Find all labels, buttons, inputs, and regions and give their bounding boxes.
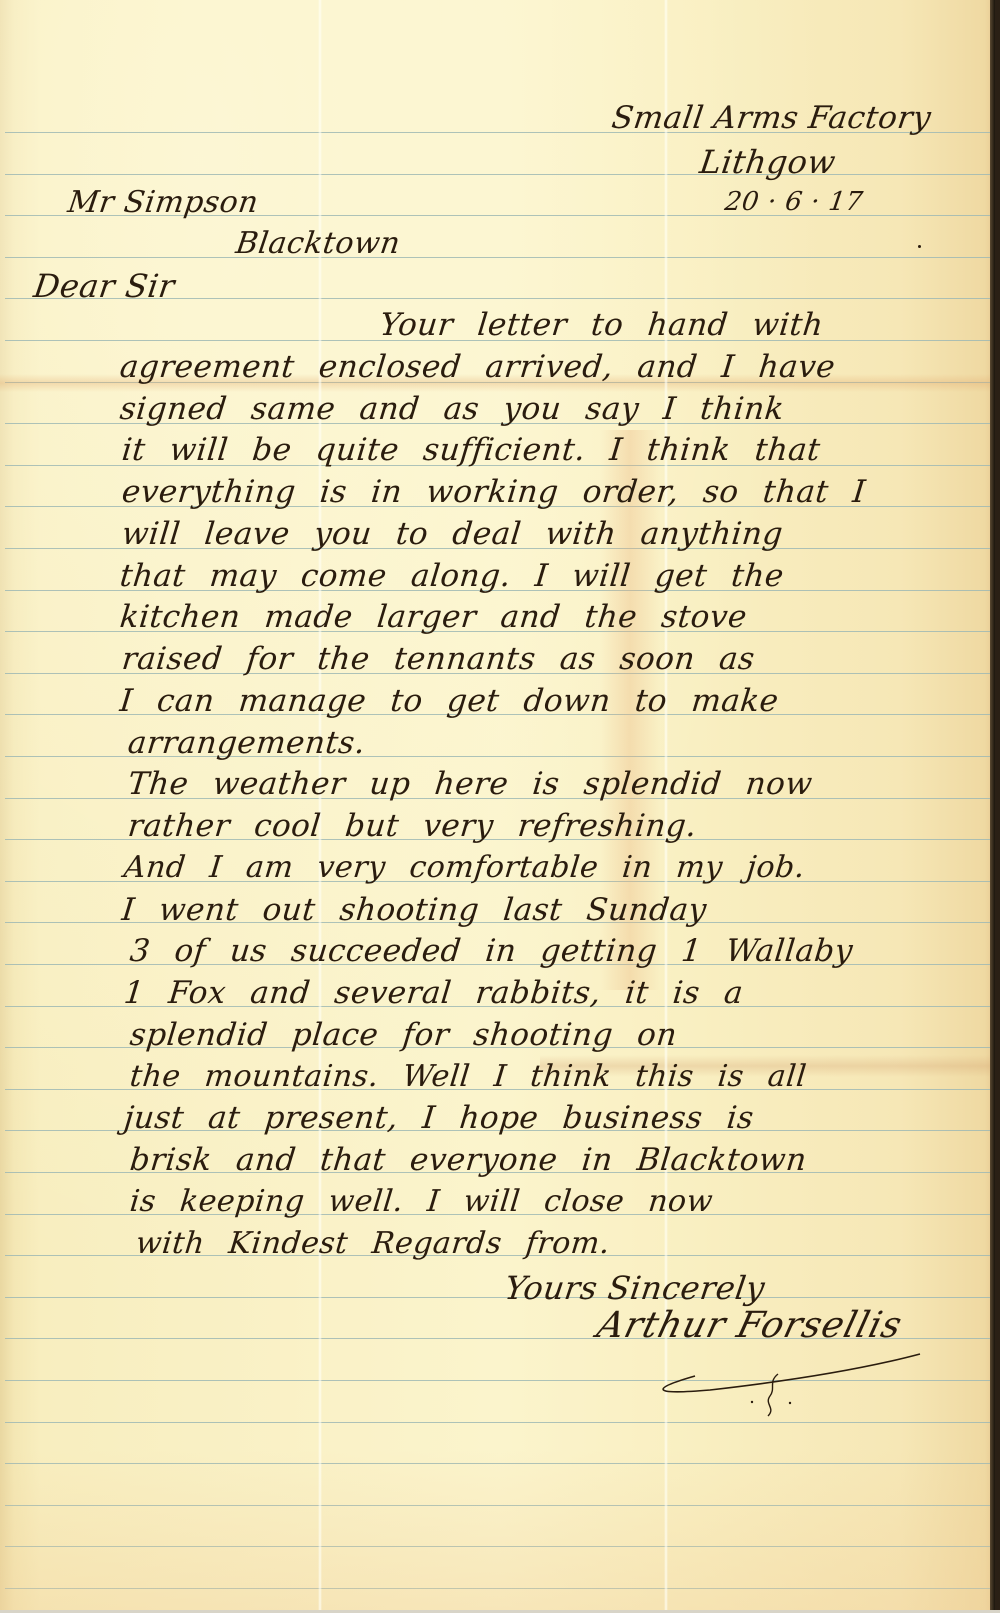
body-line: rather cool but very refreshing.: [126, 811, 698, 842]
letter-page: Small Arms Factory Lithgow 20 · 6 · 17 M…: [0, 0, 995, 1610]
ruled-line: [5, 1546, 995, 1547]
body-line: Your letter to hand with: [378, 310, 824, 341]
closing: Yours Sincerely: [503, 1272, 767, 1304]
body-line: that may come along. I will get the: [118, 561, 785, 592]
body-line: is keeping well. I will close now: [128, 1187, 714, 1217]
body-line: it will be quite sufficient. I think tha…: [120, 435, 821, 466]
ruled-line: [5, 1505, 995, 1506]
body-line: And I am very comfortable in my job.: [122, 853, 806, 883]
body-line: signed same and as you say I think: [118, 394, 785, 425]
body-line: 3 of us succeeded in getting 1 Wallaby: [128, 936, 854, 967]
fold-line-right: [664, 0, 668, 1610]
body-line: will leave you to deal with anything: [120, 519, 784, 550]
body-line: agreement enclosed arrived, and I have: [118, 352, 836, 383]
body-line: the mountains. Well I think this is all: [128, 1062, 808, 1092]
scan-edge: [990, 0, 995, 1610]
body-line: raised for the tennants as soon as: [120, 644, 756, 675]
ruled-line: [5, 174, 995, 175]
body-line: The weather up here is splendid now: [126, 769, 814, 800]
sender-address-line-2: Lithgow: [698, 146, 838, 178]
body-line: with Kindest Regards from.: [134, 1229, 611, 1259]
body-line: just at present, I hope business is: [122, 1103, 755, 1134]
ruled-line: [5, 1297, 995, 1298]
body-line: I went out shooting last Sunday: [120, 895, 708, 926]
body-line: I can manage to get down to make: [118, 686, 780, 717]
signature-flourish: [600, 1330, 960, 1450]
signature: Arthur Forsellis: [594, 1308, 906, 1344]
ruled-line: [5, 1588, 995, 1589]
body-line: 1 Fox and several rabbits, it is a: [122, 978, 744, 1009]
body-line: arrangements.: [126, 728, 366, 759]
salutation: Dear Sir: [32, 270, 177, 302]
ruled-line: [5, 257, 995, 258]
body-line: kitchen made larger and the stove: [118, 602, 748, 633]
ruled-line: [5, 1422, 995, 1423]
ruled-line: [5, 1380, 995, 1381]
ink-dot: [918, 245, 921, 248]
body-line: brisk and that everyone in Blacktown: [128, 1145, 808, 1176]
body-line: splendid place for shooting on: [128, 1020, 678, 1051]
age-discoloration: [0, 1450, 995, 1610]
recipient-place: Blacktown: [234, 229, 402, 259]
recipient-name: Mr Simpson: [66, 188, 260, 218]
ruled-line: [5, 1463, 995, 1464]
letter-date: 20 · 6 · 17: [723, 189, 864, 215]
body-line: everything is in working order, so that …: [120, 477, 867, 508]
sender-address-line-1: Small Arms Factory: [610, 103, 933, 134]
